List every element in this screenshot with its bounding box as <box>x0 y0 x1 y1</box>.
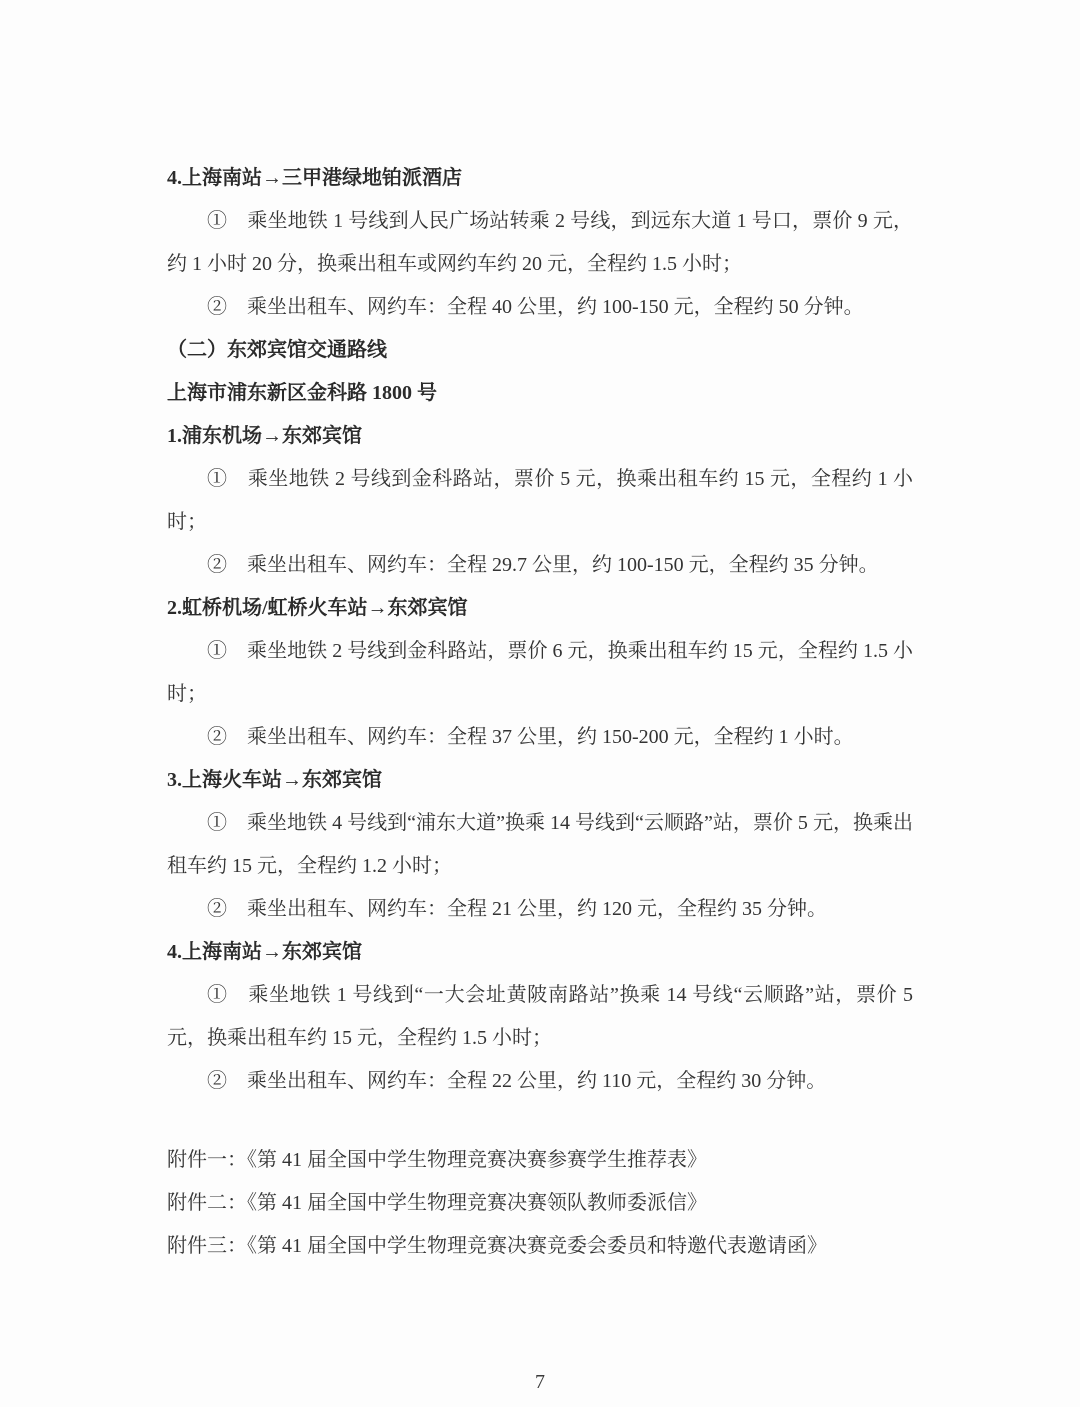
attachment-item-3: 附件三：《第 41 届全国中学生物理竞赛决赛竞委会委员和特邀代表邀请函》 <box>167 1225 913 1268</box>
route-step-taxi: ② 乘坐出租车、网约车：全程 37 公里，约 150-200 元，全程约 1 小… <box>167 716 913 759</box>
route-step-taxi: ② 乘坐出租车、网约车：全程 29.7 公里，约 100-150 元，全程约 3… <box>167 544 913 587</box>
route-step-metro: ① 乘坐地铁 2 号线到金科路站，票价 5 元，换乘出租车约 15 元，全程约 … <box>167 458 913 544</box>
route-step-metro: ① 乘坐地铁 1 号线到人民广场站转乘 2 号线，到远东大道 1 号口，票价 9… <box>167 200 913 286</box>
heading-shanghainan-to-sanjiagang-hotel: 4.上海南站→三甲港绿地铂派酒店 <box>167 157 913 200</box>
attachment-item-2: 附件二：《第 41 届全国中学生物理竞赛决赛领队教师委派信》 <box>167 1182 913 1225</box>
route-step-taxi: ② 乘坐出租车、网约车：全程 21 公里，约 120 元，全程约 35 分钟。 <box>167 888 913 931</box>
hotel-address: 上海市浦东新区金科路 1800 号 <box>167 372 913 415</box>
document-content: 4.上海南站→三甲港绿地铂派酒店 ① 乘坐地铁 1 号线到人民广场站转乘 2 号… <box>167 157 913 1268</box>
route-step-metro: ① 乘坐地铁 4 号线到“浦东大道”换乘 14 号线到“云顺路”站，票价 5 元… <box>167 802 913 888</box>
heading-shanghainan-to-dongjiao: 4.上海南站→东郊宾馆 <box>167 931 913 974</box>
section-heading-dongjiao-hotel-routes: （二）东郊宾馆交通路线 <box>167 329 913 372</box>
attachment-item-1: 附件一：《第 41 届全国中学生物理竞赛决赛参赛学生推荐表》 <box>167 1139 913 1182</box>
route-step-metro: ① 乘坐地铁 1 号线到“一大会址黄陂南路站”换乘 14 号线“云顺路”站，票价… <box>167 974 913 1060</box>
heading-shanghai-station-to-dongjiao: 3.上海火车站→东郊宾馆 <box>167 759 913 802</box>
page-number: 7 <box>0 1361 1080 1404</box>
route-step-metro: ① 乘坐地铁 2 号线到金科路站，票价 6 元，换乘出租车约 15 元，全程约 … <box>167 630 913 716</box>
route-step-taxi: ② 乘坐出租车、网约车：全程 40 公里，约 100-150 元，全程约 50 … <box>167 286 913 329</box>
heading-hongqiao-to-dongjiao: 2.虹桥机场/虹桥火车站→东郊宾馆 <box>167 587 913 630</box>
section-gap <box>167 1103 913 1139</box>
document-page: 4.上海南站→三甲港绿地铂派酒店 ① 乘坐地铁 1 号线到人民广场站转乘 2 号… <box>0 0 1080 1407</box>
heading-pudong-airport-to-dongjiao: 1.浦东机场→东郊宾馆 <box>167 415 913 458</box>
route-step-taxi: ② 乘坐出租车、网约车：全程 22 公里，约 110 元，全程约 30 分钟。 <box>167 1060 913 1103</box>
